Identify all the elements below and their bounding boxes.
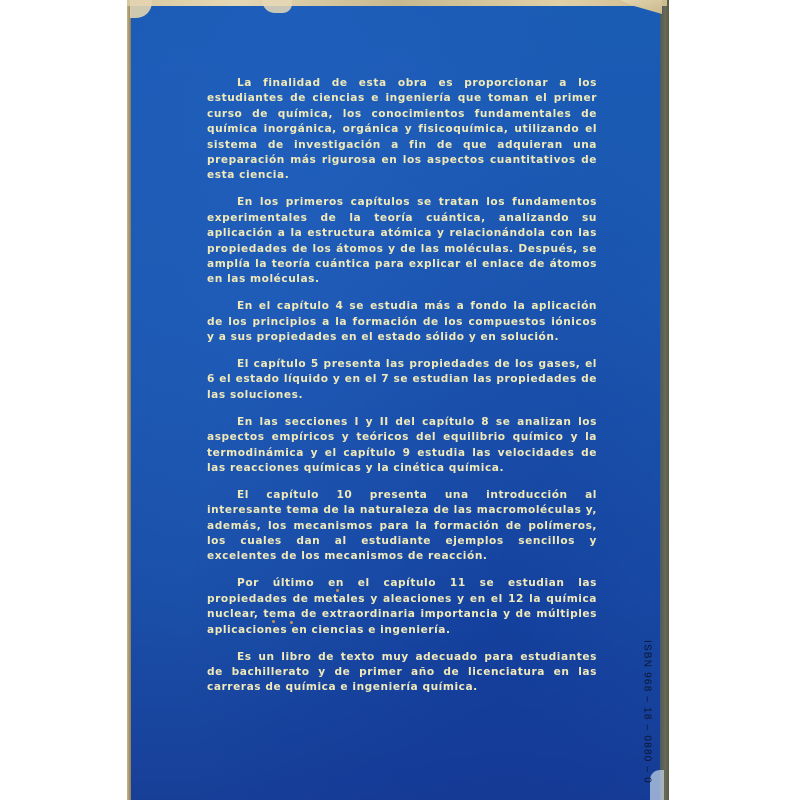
blurb-text: La finalidad de esta obra es proporciona… [207, 76, 597, 707]
blurb-paragraph: Por último en el capítulo 11 se estudian… [207, 576, 597, 638]
blurb-paragraph: Es un libro de texto muy adecuado para e… [207, 650, 597, 696]
isbn-label: ISBN 968 – 18 – 0880 – 0 [642, 640, 653, 784]
cover-right-edge-shadow [660, 0, 669, 800]
blurb-paragraph: El capítulo 5 presenta las propiedades d… [207, 357, 597, 403]
cover-top-wear [127, 0, 667, 6]
blurb-paragraph: El capítulo 10 presenta una introducción… [207, 488, 597, 565]
blurb-paragraph: La finalidad de esta obra es proporciona… [207, 76, 597, 184]
blurb-paragraph: En las secciones I y II del capítulo 8 s… [207, 415, 597, 477]
blurb-paragraph: En el capítulo 4 se estudia más a fondo … [207, 299, 597, 345]
blurb-paragraph: En los primeros capítulos se tratan los … [207, 195, 597, 287]
cover-left-edge [127, 0, 131, 800]
